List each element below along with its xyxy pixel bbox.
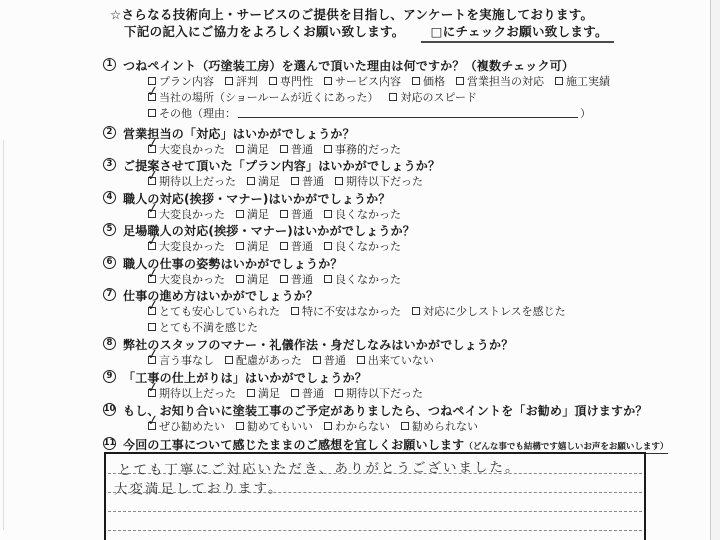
question-title: 足場職人の対応(挨拶・マナー)はいかがでしょうか？ xyxy=(123,222,415,239)
checkbox-option[interactable]: 勧められない xyxy=(401,418,478,434)
option-label: 大変良かった xyxy=(159,271,225,287)
checkbox[interactable] xyxy=(236,145,244,153)
question-6: 6職人の仕事の姿勢はいかがでしょうか？✓大変良かった満足普通良くなかった xyxy=(103,255,343,271)
scan-edge-right xyxy=(711,0,720,540)
checkbox[interactable] xyxy=(148,109,156,117)
option-label: 対応のスピード xyxy=(400,89,477,105)
ruled-line xyxy=(108,511,642,512)
checkbox-option[interactable]: 満足 xyxy=(247,173,280,189)
option-suffix: ） xyxy=(580,105,591,121)
checkbox[interactable] xyxy=(225,77,233,85)
checkbox-option[interactable]: 良くなかった xyxy=(324,238,401,254)
question-2: 2営業担当の「対応」はいかがでしょうか？✓大変良かった満足普通事務的だった xyxy=(103,125,355,141)
checkbox[interactable]: ✓ xyxy=(148,177,156,185)
checkbox[interactable] xyxy=(324,210,332,218)
question-11: 11今回の工事について感じたままのご感想を宜しくお願いします（どんな事でも結構で… xyxy=(103,436,668,452)
header-line2: 下記の記入にご協力をよろしくお願い致します。□にチェックお願い致します。 xyxy=(124,23,614,43)
checkbox[interactable] xyxy=(236,210,244,218)
option-label: 満足 xyxy=(247,271,269,287)
checkbox[interactable] xyxy=(269,77,277,85)
option-label: 満足 xyxy=(247,238,269,254)
question-number: 1 xyxy=(103,58,116,71)
option-label: 期待以下だった xyxy=(346,173,423,189)
option-label: 普通 xyxy=(324,352,346,368)
checkbox-option[interactable]: 評判 xyxy=(225,73,258,89)
question-title: ご提案させて頂いた「プラン内容」はいかがでしょうか？ xyxy=(123,157,440,174)
question-3: 3ご提案させて頂いた「プラン内容」はいかがでしょうか？✓期待以上だった満足普通期… xyxy=(103,157,440,173)
checkbox[interactable] xyxy=(313,356,321,364)
ruled-line xyxy=(108,530,642,531)
option-label: 営業担当の対応 xyxy=(467,73,544,89)
checkbox-option[interactable]: 良くなかった xyxy=(324,206,401,222)
option-label: 満足 xyxy=(247,206,269,222)
question-7: 7仕事の進め方はいかがでしょうか？✓とても安心していられた特に不安はなかった対応… xyxy=(103,287,318,303)
checkbox-option[interactable]: 施工実績 xyxy=(555,73,610,89)
option-row: ✓期待以上だった満足普通期待以下だった xyxy=(148,173,423,188)
scan-edge-left-line xyxy=(3,140,4,530)
comment-box[interactable]: とても丁寧にご対応いただき、ありがとうございました。 大変満足しております。 xyxy=(104,452,646,540)
option-label: 良くなかった xyxy=(335,206,401,222)
option-label: 評判 xyxy=(236,73,258,89)
option-label: 価格 xyxy=(423,73,445,89)
checkbox-option[interactable]: 普通 xyxy=(280,238,313,254)
option-label: その他（理由： xyxy=(159,105,236,121)
question-1: 1つねペイント（巧塗装工房）を選んで頂いた理由は何ですか？（複数チェック可）プラ… xyxy=(103,57,574,73)
checkbox[interactable] xyxy=(335,389,343,397)
question-5: 5足場職人の対応(挨拶・マナー)はいかがでしょうか？✓大変良かった満足普通良くな… xyxy=(103,222,415,238)
checkbox[interactable]: ✓ xyxy=(148,307,156,315)
checkbox[interactable] xyxy=(401,422,409,430)
question-title: もし、お知り合いに塗装工事のご予定がありましたら、つねペイントを「お勧め」頂けま… xyxy=(123,402,648,419)
checkbox-option[interactable]: ✓ぜひ勧めたい xyxy=(148,418,225,434)
question-4: 4職人の対応(挨拶・マナー)はいかがでしょうか？✓大変良かった満足普通良くなかっ… xyxy=(103,190,391,206)
checkbox-option[interactable]: 良くなかった xyxy=(324,271,401,287)
checkbox[interactable] xyxy=(236,422,244,430)
checkbox-option[interactable]: 特に不安はなかった xyxy=(291,303,401,319)
checkbox[interactable]: ✓ xyxy=(148,389,156,397)
checkbox-option[interactable]: ✓大変良かった xyxy=(148,271,225,287)
header-line1: ☆さらなる技術向上・サービスのご提供を目指し、アンケートを実施しております。 xyxy=(110,6,614,23)
checkbox-option[interactable]: 満足 xyxy=(236,271,269,287)
checkbox-option[interactable]: ✓当社の場所（ショールームが近くにあった） xyxy=(148,89,378,105)
option-label: 配慮があった xyxy=(236,352,302,368)
option-label: 出来ていない xyxy=(368,352,434,368)
checkbox-option[interactable]: 普通 xyxy=(280,271,313,287)
handwritten-comment-line: とても丁寧にご対応いただき、ありがとうございました。 xyxy=(118,456,521,479)
option-row: ✓大変良かった満足普通良くなかった xyxy=(148,238,401,253)
checkbox-option[interactable]: 普通 xyxy=(291,173,324,189)
option-label: 事務的だった xyxy=(335,141,401,157)
fill-in-blank-line[interactable] xyxy=(238,107,578,118)
option-row: ✓言う事なし配慮があった普通出来ていない xyxy=(148,352,434,367)
checkbox[interactable] xyxy=(247,389,255,397)
checkmark-icon: ✓ xyxy=(146,413,160,428)
checkmark-icon: ✓ xyxy=(146,136,160,151)
option-label: 普通 xyxy=(291,238,313,254)
checkbox[interactable] xyxy=(291,389,299,397)
checkbox-option[interactable]: 対応に少しストレスを感じた xyxy=(412,303,566,319)
handwritten-comment-line: 大変満足しております。 xyxy=(114,476,284,497)
checkbox[interactable]: ✓ xyxy=(148,422,156,430)
checkbox-option[interactable]: 配慮があった xyxy=(225,352,302,368)
option-label: 大変良かった xyxy=(159,238,225,254)
option-label: 普通 xyxy=(291,271,313,287)
option-label: 普通 xyxy=(302,385,324,401)
option-row: ✓とても安心していられた特に不安はなかった対応に少しストレスを感じた xyxy=(148,303,566,318)
question-title: つねペイント（巧塗装工房）を選んで頂いた理由は何ですか？（複数チェック可） xyxy=(123,57,574,74)
checkbox[interactable]: ✓ xyxy=(148,145,156,153)
checkbox-option[interactable]: 営業担当の対応 xyxy=(456,73,544,89)
checkbox-option[interactable]: 専門性 xyxy=(269,73,313,89)
question-number: 5 xyxy=(103,223,116,236)
checkbox-option[interactable]: 普通 xyxy=(280,141,313,157)
checkbox-option[interactable]: 出来ていない xyxy=(357,352,434,368)
option-label: 勧めてもいい xyxy=(247,418,313,434)
question-number: 6 xyxy=(103,256,116,269)
question-9: 9「工事の仕上がりは」はいかがでしょうか？✓期待以上だった満足普通期待以下だった xyxy=(103,369,367,385)
question-title: 職人の対応(挨拶・マナー)はいかがでしょうか？ xyxy=(123,190,391,207)
question-number: 4 xyxy=(103,191,116,204)
header-check-instruction: □にチェックお願い致します。 xyxy=(421,23,614,43)
question-number: 11 xyxy=(103,437,116,450)
checkbox[interactable] xyxy=(280,242,288,250)
checkbox-option[interactable]: 普通 xyxy=(313,352,346,368)
option-label: 期待以上だった xyxy=(159,173,236,189)
question-8: 8弊社のスタッフのマナー・礼儀作法・身だしなみはいかがでしょうか？✓言う事なし配… xyxy=(103,336,513,352)
checkbox[interactable] xyxy=(291,177,299,185)
option-label: 大変良かった xyxy=(159,141,225,157)
checkbox[interactable] xyxy=(456,77,464,85)
option-label: 良くなかった xyxy=(335,271,401,287)
survey-header: ☆さらなる技術向上・サービスのご提供を目指し、アンケートを実施しております。 下… xyxy=(110,6,614,43)
question-title: 弊社のスタッフのマナー・礼儀作法・身だしなみはいかがでしょうか？ xyxy=(123,336,513,353)
option-label: 満足 xyxy=(247,141,269,157)
checkbox-option[interactable]: わからない xyxy=(324,418,390,434)
question-title: 今回の工事について感じたままのご感想を宜しくお願いします（どんな事でも結構です嬉… xyxy=(123,436,668,453)
checkbox-option[interactable]: ✓言う事なし xyxy=(148,352,214,368)
checkbox-option[interactable]: 期待以下だった xyxy=(335,173,423,189)
header-line2-text: 下記の記入にご協力をよろしくお願い致します。 xyxy=(124,24,405,39)
checkbox[interactable] xyxy=(247,177,255,185)
checkbox[interactable] xyxy=(324,242,332,250)
checkmark-icon: ✓ xyxy=(146,380,160,395)
question-number: 2 xyxy=(103,126,116,139)
checkbox[interactable] xyxy=(280,145,288,153)
checkmark-icon: ✓ xyxy=(146,84,160,99)
checkbox[interactable] xyxy=(291,307,299,315)
checkbox-option[interactable]: とても不満を感じた xyxy=(148,319,258,335)
option-label: とても安心していられた xyxy=(159,303,280,319)
checkbox-option[interactable]: ✓とても安心していられた xyxy=(148,303,280,319)
option-label: 勧められない xyxy=(412,418,478,434)
option-label: 普通 xyxy=(291,141,313,157)
checkmark-icon: ✓ xyxy=(146,168,160,183)
question-number: 10 xyxy=(103,403,116,416)
checkbox-option[interactable]: 満足 xyxy=(247,385,280,401)
option-label: 特に不安はなかった xyxy=(302,303,401,319)
checkbox-option[interactable]: 満足 xyxy=(236,141,269,157)
checkbox-option[interactable]: 対応のスピード xyxy=(389,89,477,105)
question-number: 7 xyxy=(103,288,116,301)
checkbox[interactable] xyxy=(335,177,343,185)
checkbox[interactable] xyxy=(225,356,233,364)
checkbox-option[interactable]: ✓大変良かった xyxy=(148,206,225,222)
checkbox-option[interactable]: 事務的だった xyxy=(324,141,401,157)
option-label: 期待以下だった xyxy=(346,385,423,401)
option-label: 対応に少しストレスを感じた xyxy=(423,303,566,319)
option-row: ✓大変良かった満足普通事務的だった xyxy=(148,141,401,156)
option-label: サービス内容 xyxy=(335,73,401,89)
checkbox[interactable] xyxy=(148,323,156,331)
checkmark-icon: ✓ xyxy=(146,233,160,248)
option-label: わからない xyxy=(335,418,390,434)
checkbox[interactable] xyxy=(236,275,244,283)
checkbox[interactable] xyxy=(280,210,288,218)
option-label: 大変良かった xyxy=(159,206,225,222)
checkbox[interactable] xyxy=(357,356,365,364)
option-label: 満足 xyxy=(258,385,280,401)
question-10: 10もし、お知り合いに塗装工事のご予定がありましたら、つねペイントを「お勧め」頂… xyxy=(103,402,648,418)
checkbox[interactable] xyxy=(412,77,420,85)
option-row: ✓当社の場所（ショールームが近くにあった）対応のスピード xyxy=(148,89,477,104)
option-label: とても不満を感じた xyxy=(159,319,258,335)
checkbox-option[interactable]: 普通 xyxy=(280,206,313,222)
option-row: とても不満を感じた xyxy=(148,319,258,334)
option-row: その他（理由：） xyxy=(148,105,591,120)
checkbox[interactable]: ✓ xyxy=(148,275,156,283)
checkbox[interactable] xyxy=(324,422,332,430)
option-label: プラン内容 xyxy=(159,73,214,89)
checkbox[interactable] xyxy=(324,145,332,153)
checkbox-option[interactable]: 満足 xyxy=(236,206,269,222)
checkbox[interactable]: ✓ xyxy=(148,242,156,250)
checkbox[interactable]: ✓ xyxy=(148,210,156,218)
checkmark-icon: ✓ xyxy=(146,298,160,313)
checkbox-option[interactable]: 価格 xyxy=(412,73,445,89)
option-label: 普通 xyxy=(302,173,324,189)
checkbox[interactable] xyxy=(236,242,244,250)
checkbox-option[interactable]: ✓大変良かった xyxy=(148,141,225,157)
checkbox-option[interactable]: 普通 xyxy=(291,385,324,401)
question-title: 「工事の仕上がりは」はいかがでしょうか？ xyxy=(123,369,367,386)
checkbox[interactable] xyxy=(412,307,420,315)
option-label: 普通 xyxy=(291,206,313,222)
checkbox-option[interactable]: 期待以下だった xyxy=(335,385,423,401)
checkbox-option[interactable]: ✓期待以上だった xyxy=(148,173,236,189)
scanned-survey-page: ☆さらなる技術向上・サービスのご提供を目指し、アンケートを実施しております。 下… xyxy=(0,0,720,540)
checkbox[interactable] xyxy=(324,275,332,283)
option-label: ぜひ勧めたい xyxy=(159,418,225,434)
option-row: ✓期待以上だった満足普通期待以下だった xyxy=(148,385,423,400)
option-label: 当社の場所（ショールームが近くにあった） xyxy=(159,89,378,105)
question-number: 9 xyxy=(103,370,116,383)
scan-edge-line xyxy=(710,0,711,540)
option-label: 良くなかった xyxy=(335,238,401,254)
checkbox[interactable] xyxy=(280,275,288,283)
option-row: ✓大変良かった満足普通良くなかった xyxy=(148,271,401,286)
option-label: 言う事なし xyxy=(159,352,214,368)
checkbox[interactable]: ✓ xyxy=(148,93,156,101)
checkbox-option[interactable]: 勧めてもいい xyxy=(236,418,313,434)
question-number: 8 xyxy=(103,337,116,350)
option-label: 施工実績 xyxy=(566,73,610,89)
checkmark-icon: ✓ xyxy=(146,347,160,362)
checkbox-option[interactable]: 満足 xyxy=(236,238,269,254)
checkbox[interactable] xyxy=(324,77,332,85)
checkbox-option[interactable]: その他（理由：） xyxy=(148,105,591,121)
checkbox[interactable] xyxy=(389,93,397,101)
checkbox-option[interactable]: サービス内容 xyxy=(324,73,401,89)
checkbox-option[interactable]: ✓大変良かった xyxy=(148,238,225,254)
checkmark-icon: ✓ xyxy=(146,201,160,216)
checkmark-icon: ✓ xyxy=(146,266,160,281)
checkbox-option[interactable]: ✓期待以上だった xyxy=(148,385,236,401)
option-row: プラン内容評判専門性サービス内容価格営業担当の対応施工実績 xyxy=(148,73,610,88)
checkbox[interactable] xyxy=(555,77,563,85)
question-number: 3 xyxy=(103,158,116,171)
checkbox[interactable]: ✓ xyxy=(148,356,156,364)
option-label: 期待以上だった xyxy=(159,385,236,401)
option-label: 満足 xyxy=(258,173,280,189)
option-row: ✓大変良かった満足普通良くなかった xyxy=(148,206,401,221)
option-row: ✓ぜひ勧めたい勧めてもいいわからない勧められない xyxy=(148,418,478,433)
option-label: 専門性 xyxy=(280,73,313,89)
